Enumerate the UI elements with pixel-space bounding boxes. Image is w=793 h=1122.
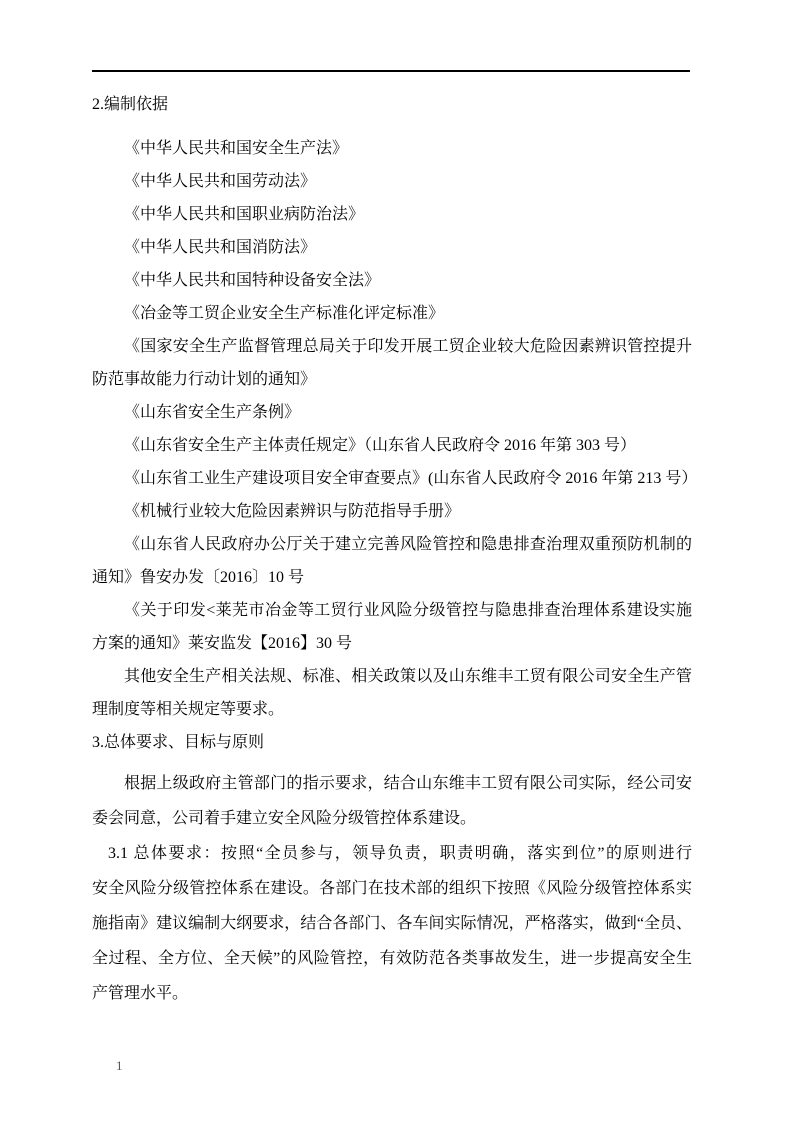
header-divider [92,70,690,72]
reference-item: 《机械行业较大危险因素辨识与防范指导手册》 [92,495,692,528]
reference-item: 《中华人民共和国特种设备安全法》 [92,264,692,297]
reference-item: 《中华人民共和国消防法》 [92,231,692,264]
body-line: 委会同意，公司着手建立安全风险分级管控体系建设。 [92,801,692,836]
body-line: 3.1 总体要求：按照“全员参与，领导负责，职责明确，落实到位”的原则进行 [92,836,692,871]
body-line: 产管理水平。 [92,976,692,1011]
section-heading-3: 3.总体要求、目标与原则 [92,726,692,759]
reference-continuation: 通知》鲁安办发〔2016〕10 号 [92,561,692,594]
reference-item: 其他安全生产相关法规、标准、相关政策以及山东维丰工贸有限公司安全生产管 [92,660,692,693]
body-line: 安全风险分级管控体系在建设。各部门在技术部的组织下按照《风险分级管控体系实 [92,871,692,906]
body-line: 施指南》建议编制大纲要求，结合各部门、各车间实际情况，严格落实，做到“全员、 [92,906,692,941]
page-number: 1 [116,1058,123,1074]
reference-item: 《中华人民共和国安全生产法》 [92,132,692,165]
reference-continuation: 方案的通知》莱安监发【2016】30 号 [92,627,692,660]
section-heading-2: 2.编制依据 [92,88,692,121]
document-body: 2.编制依据 《中华人民共和国安全生产法》 《中华人民共和国劳动法》 《中华人民… [92,88,692,1011]
reference-item: 《山东省安全生产主体责任规定》（山东省人民政府令 2016 年第 303 号） [92,429,692,462]
reference-item: 《关于印发<莱芜市冶金等工贸行业风险分级管控与隐患排查治理体系建设实施 [92,594,692,627]
reference-item: 《山东省工业生产建设项目安全审查要点》(山东省人民政府令 2016 年第 213… [92,462,692,495]
reference-item: 《山东省安全生产条例》 [92,396,692,429]
reference-item: 《中华人民共和国劳动法》 [92,165,692,198]
reference-item: 《中华人民共和国职业病防治法》 [92,198,692,231]
reference-item: 《国家安全生产监督管理总局关于印发开展工贸企业较大危险因素辨识管控提升 [92,330,692,363]
reference-continuation: 防范事故能力行动计划的通知》 [92,363,692,396]
reference-item: 《冶金等工贸企业安全生产标准化评定标准》 [92,297,692,330]
body-line: 全过程、全方位、全天候”的风险管控，有效防范各类事故发生，进一步提高安全生 [92,941,692,976]
reference-continuation: 理制度等相关规定等要求。 [92,693,692,726]
body-line: 根据上级政府主管部门的指示要求，结合山东维丰工贸有限公司实际，经公司安 [92,766,692,801]
reference-item: 《山东省人民政府办公厅关于建立完善风险管控和隐患排查治理双重预防机制的 [92,528,692,561]
document-page: 2.编制依据 《中华人民共和国安全生产法》 《中华人民共和国劳动法》 《中华人民… [0,0,793,1122]
